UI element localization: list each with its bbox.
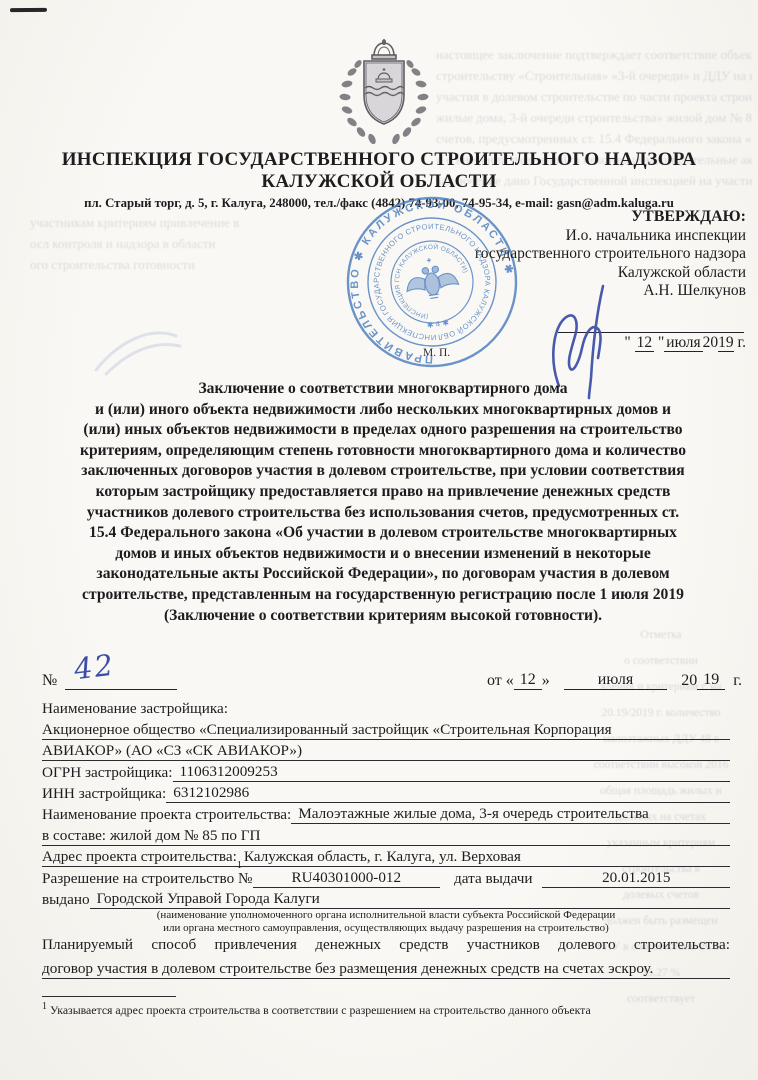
number-blank-line (65, 689, 177, 690)
quote-close: » (542, 672, 550, 690)
document-title-line: критериям, определяющим степень готовнос… (34, 441, 732, 462)
date-year-prefix: 20 (681, 672, 697, 690)
approval-date-suffix: г. (734, 334, 746, 351)
from-label: от « (487, 672, 514, 690)
issued-label: выдано (42, 891, 90, 909)
footnote-text: Указывается адрес проекта строительства … (47, 1003, 591, 1017)
scan-artifact-dash (10, 8, 47, 12)
issued-note-line2: или органа местного самоуправления, осущ… (42, 922, 730, 936)
method-label: Планируемый способ привлечения денежных … (42, 936, 730, 953)
approval-position-line3: Калужской области (366, 264, 746, 283)
approval-title: УТВЕРЖДАЮ: (366, 208, 746, 227)
approval-date-month: июля (664, 334, 702, 352)
document-title-line: строительстве, представленным на государ… (34, 585, 732, 606)
issued-line: выдано Городской Управой Города Калуги (42, 888, 730, 909)
method-label-line: Планируемый способ привлечения денежных … (42, 936, 730, 957)
document-title-line: законодательные акты Российской Федераци… (34, 564, 732, 585)
issued-note-line1: (наименование уполномоченного органа исп… (42, 909, 730, 923)
scanned-document-page: настоящее заключение подтверждает соотве… (0, 0, 758, 1080)
approval-position-line2: государственного строительного надзора (366, 245, 746, 264)
footnote-rule (42, 996, 176, 997)
project-label: Наименование проекта строительства: (42, 806, 291, 824)
ogrn-label: ОГРН застройщика: (42, 764, 173, 782)
method-value-line: договор участия в долевом строительстве … (42, 957, 730, 979)
project-value-2: в составе: жилой дом № 85 по ГП (42, 827, 261, 845)
approval-position-line1: И.о. начальника инспекции (366, 227, 746, 246)
document-title: Заключение о соответствии многоквартирно… (34, 379, 732, 626)
permit-number-value: RU40301000-012 (253, 869, 441, 888)
bleedthrough-text-left: участникам критериям привлечение восл ко… (30, 212, 360, 275)
org-name-line1: ИНСПЕКЦИЯ ГОСУДАРСТВЕННОГО СТРОИТЕЛЬНОГО… (20, 149, 738, 171)
project-address-value: Калужская область, г. Калуга, ул. Верхов… (242, 848, 521, 866)
project-name-line2: в составе: жилой дом № 85 по ГП (42, 824, 730, 846)
permit-date-value: 20.01.2015 (542, 869, 730, 888)
issued-value: Городской Управой Города Калуги (90, 890, 730, 909)
inn-label: ИНН застройщика: (42, 785, 166, 803)
document-title-line: (или) иных объектов недвижимости в преде… (34, 420, 732, 441)
org-name-line2: КАЛУЖСКОЙ ОБЛАСТИ (20, 171, 738, 193)
date-year-suffix: г. (733, 672, 742, 690)
number-and-date-line: № от « 12 » июля 20 19 г. (42, 664, 742, 690)
pen-scribble-artifact (88, 312, 198, 382)
date-day: 12 (514, 671, 542, 690)
inn-line: ИНН застройщика: 6312102986 (42, 782, 730, 803)
number-label: № (42, 672, 57, 690)
form-body: Наименование застройщика: Акционерное об… (42, 697, 730, 979)
document-title-line: заключенных договоров участия в долевом … (34, 461, 732, 482)
ogrn-line: ОГРН застройщика: 1106312009253 (42, 761, 730, 782)
document-title-line: 15.4 Федерального закона «Об участии в д… (34, 523, 732, 544)
project-name-line: Наименование проекта строительства: Мало… (42, 803, 730, 824)
permit-line: Разрешение на строительство № RU40301000… (42, 867, 730, 888)
approval-date-year-prefix: 20 (703, 334, 719, 351)
permit-date-label: дата выдачи (440, 870, 542, 888)
kaluga-coat-of-arms (334, 36, 434, 148)
document-title-line: Заключение о соответствии многоквартирно… (34, 379, 732, 400)
developer-label: Наименование застройщика: (42, 700, 228, 718)
document-title-line: участников долевого строительства без ис… (34, 503, 732, 524)
document-title-line: (Заключение о соответствии критериям выс… (34, 606, 732, 627)
project-address-line: Адрес проекта строительства:1Калужская о… (42, 846, 730, 868)
date-month: июля (564, 671, 667, 690)
document-title-line: и (или) иного объекта недвижимости либо … (34, 400, 732, 421)
approval-date-year: 19 (718, 334, 734, 352)
footnote-text-line: 1 Указывается адрес проекта строительств… (42, 1003, 718, 1018)
inn-value: 6312102986 (166, 784, 730, 803)
developer-value-line1: Акционерное общество «Специализированный… (42, 718, 730, 740)
date-year: 19 (697, 671, 725, 690)
document-title-line: которым застройщику предоставляется прав… (34, 482, 732, 503)
document-title-line: домов и иных объектов недвижимости и о в… (34, 544, 732, 565)
method-value: договор участия в долевом строительстве … (42, 960, 653, 978)
permit-label: Разрешение на строительство № (42, 870, 253, 888)
ogrn-value: 1106312009253 (173, 763, 730, 782)
project-address-label: Адрес проекта строительства: (42, 848, 237, 866)
footnote: 1 Указывается адрес проекта строительств… (42, 996, 718, 1018)
developer-value-2: АВИАКОР» (АО «СЗ «СК АВИАКОР») (42, 742, 302, 760)
project-value: Малоэтажные жилые дома, 3-я очередь стро… (291, 805, 730, 824)
developer-value-1: Акционерное общество «Специализированный… (42, 721, 612, 739)
developer-value-line2: АВИАКОР» (АО «СЗ «СК АВИАКОР») (42, 740, 730, 762)
developer-label-line: Наименование застройщика: (42, 697, 730, 718)
handwritten-document-number: 42 (72, 648, 117, 687)
